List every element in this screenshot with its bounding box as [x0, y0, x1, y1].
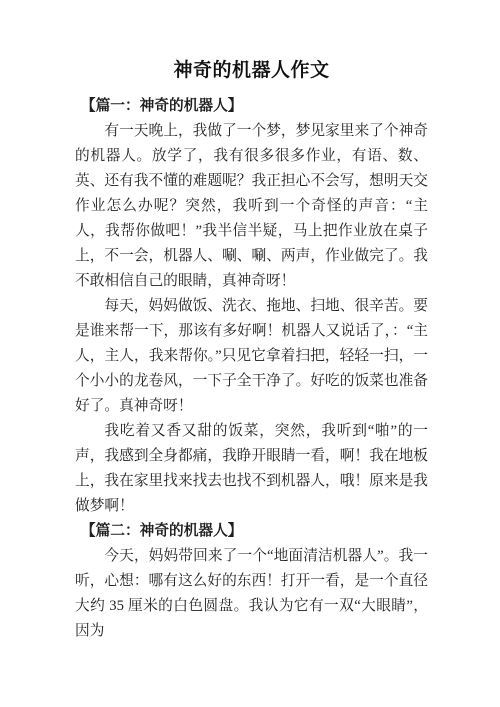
essay-section-2: 【篇二：神奇的机器人】 今天，妈妈带回来了一个“地面清洁机器人”。我一听，心想：…	[75, 519, 428, 644]
section-1-paragraph-3: 我吃着又香又甜的饭菜，突然，我听到“啪”的一声，我感到全身都痛，我睁开眼睛一看，…	[75, 419, 428, 519]
section-2-paragraph-1: 今天，妈妈带回来了一个“地面清洁机器人”。我一听，心想：哪有这么好的东西！打开一…	[75, 544, 428, 644]
essay-section-1: 【篇一：神奇的机器人】 有一天晚上，我做了一个梦，梦见家里来了个神奇的机器人。放…	[75, 94, 428, 519]
section-2-heading: 【篇二：神奇的机器人】	[75, 519, 428, 544]
section-1-paragraph-1: 有一天晚上，我做了一个梦，梦见家里来了个神奇的机器人。放学了，我有很多很多作业，…	[75, 119, 428, 294]
section-1-paragraph-2: 每天，妈妈做饭、洗衣、拖地、扫地、很辛苦。要是谁来帮一下，那该有多好啊！机器人又…	[75, 294, 428, 419]
document-title: 神奇的机器人作文	[75, 58, 428, 84]
document-page: 神奇的机器人作文 【篇一：神奇的机器人】 有一天晚上，我做了一个梦，梦见家里来了…	[0, 0, 500, 707]
section-1-heading: 【篇一：神奇的机器人】	[75, 94, 428, 119]
